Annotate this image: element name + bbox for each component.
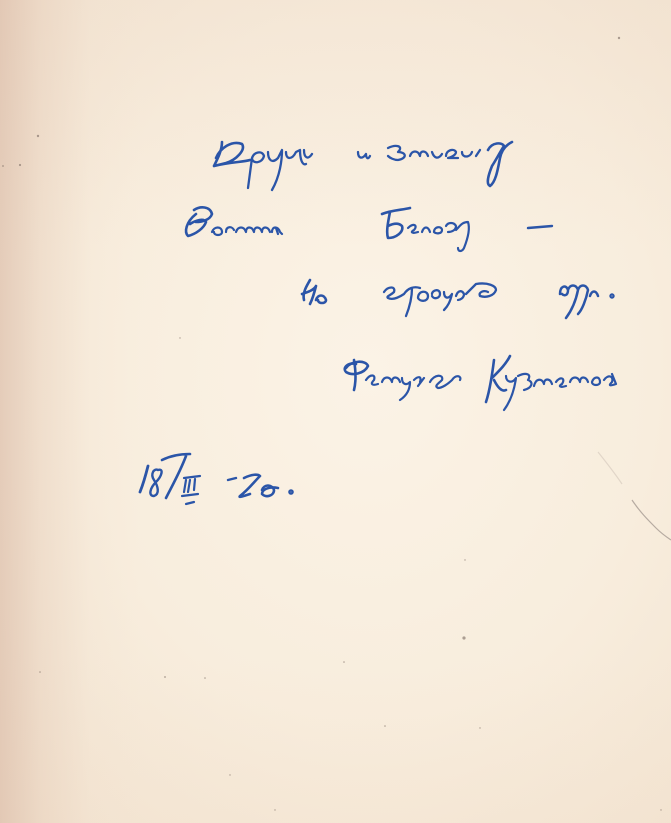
paper-crease	[632, 500, 671, 540]
paper-specks	[2, 37, 662, 811]
inscription-line-3	[302, 280, 614, 318]
handwriting-ink	[0, 0, 671, 823]
paper-crease	[598, 452, 622, 484]
signature	[345, 356, 616, 410]
inscription-date	[140, 454, 293, 504]
inscription-line-1	[214, 142, 512, 190]
inscription-line-2	[186, 207, 552, 251]
